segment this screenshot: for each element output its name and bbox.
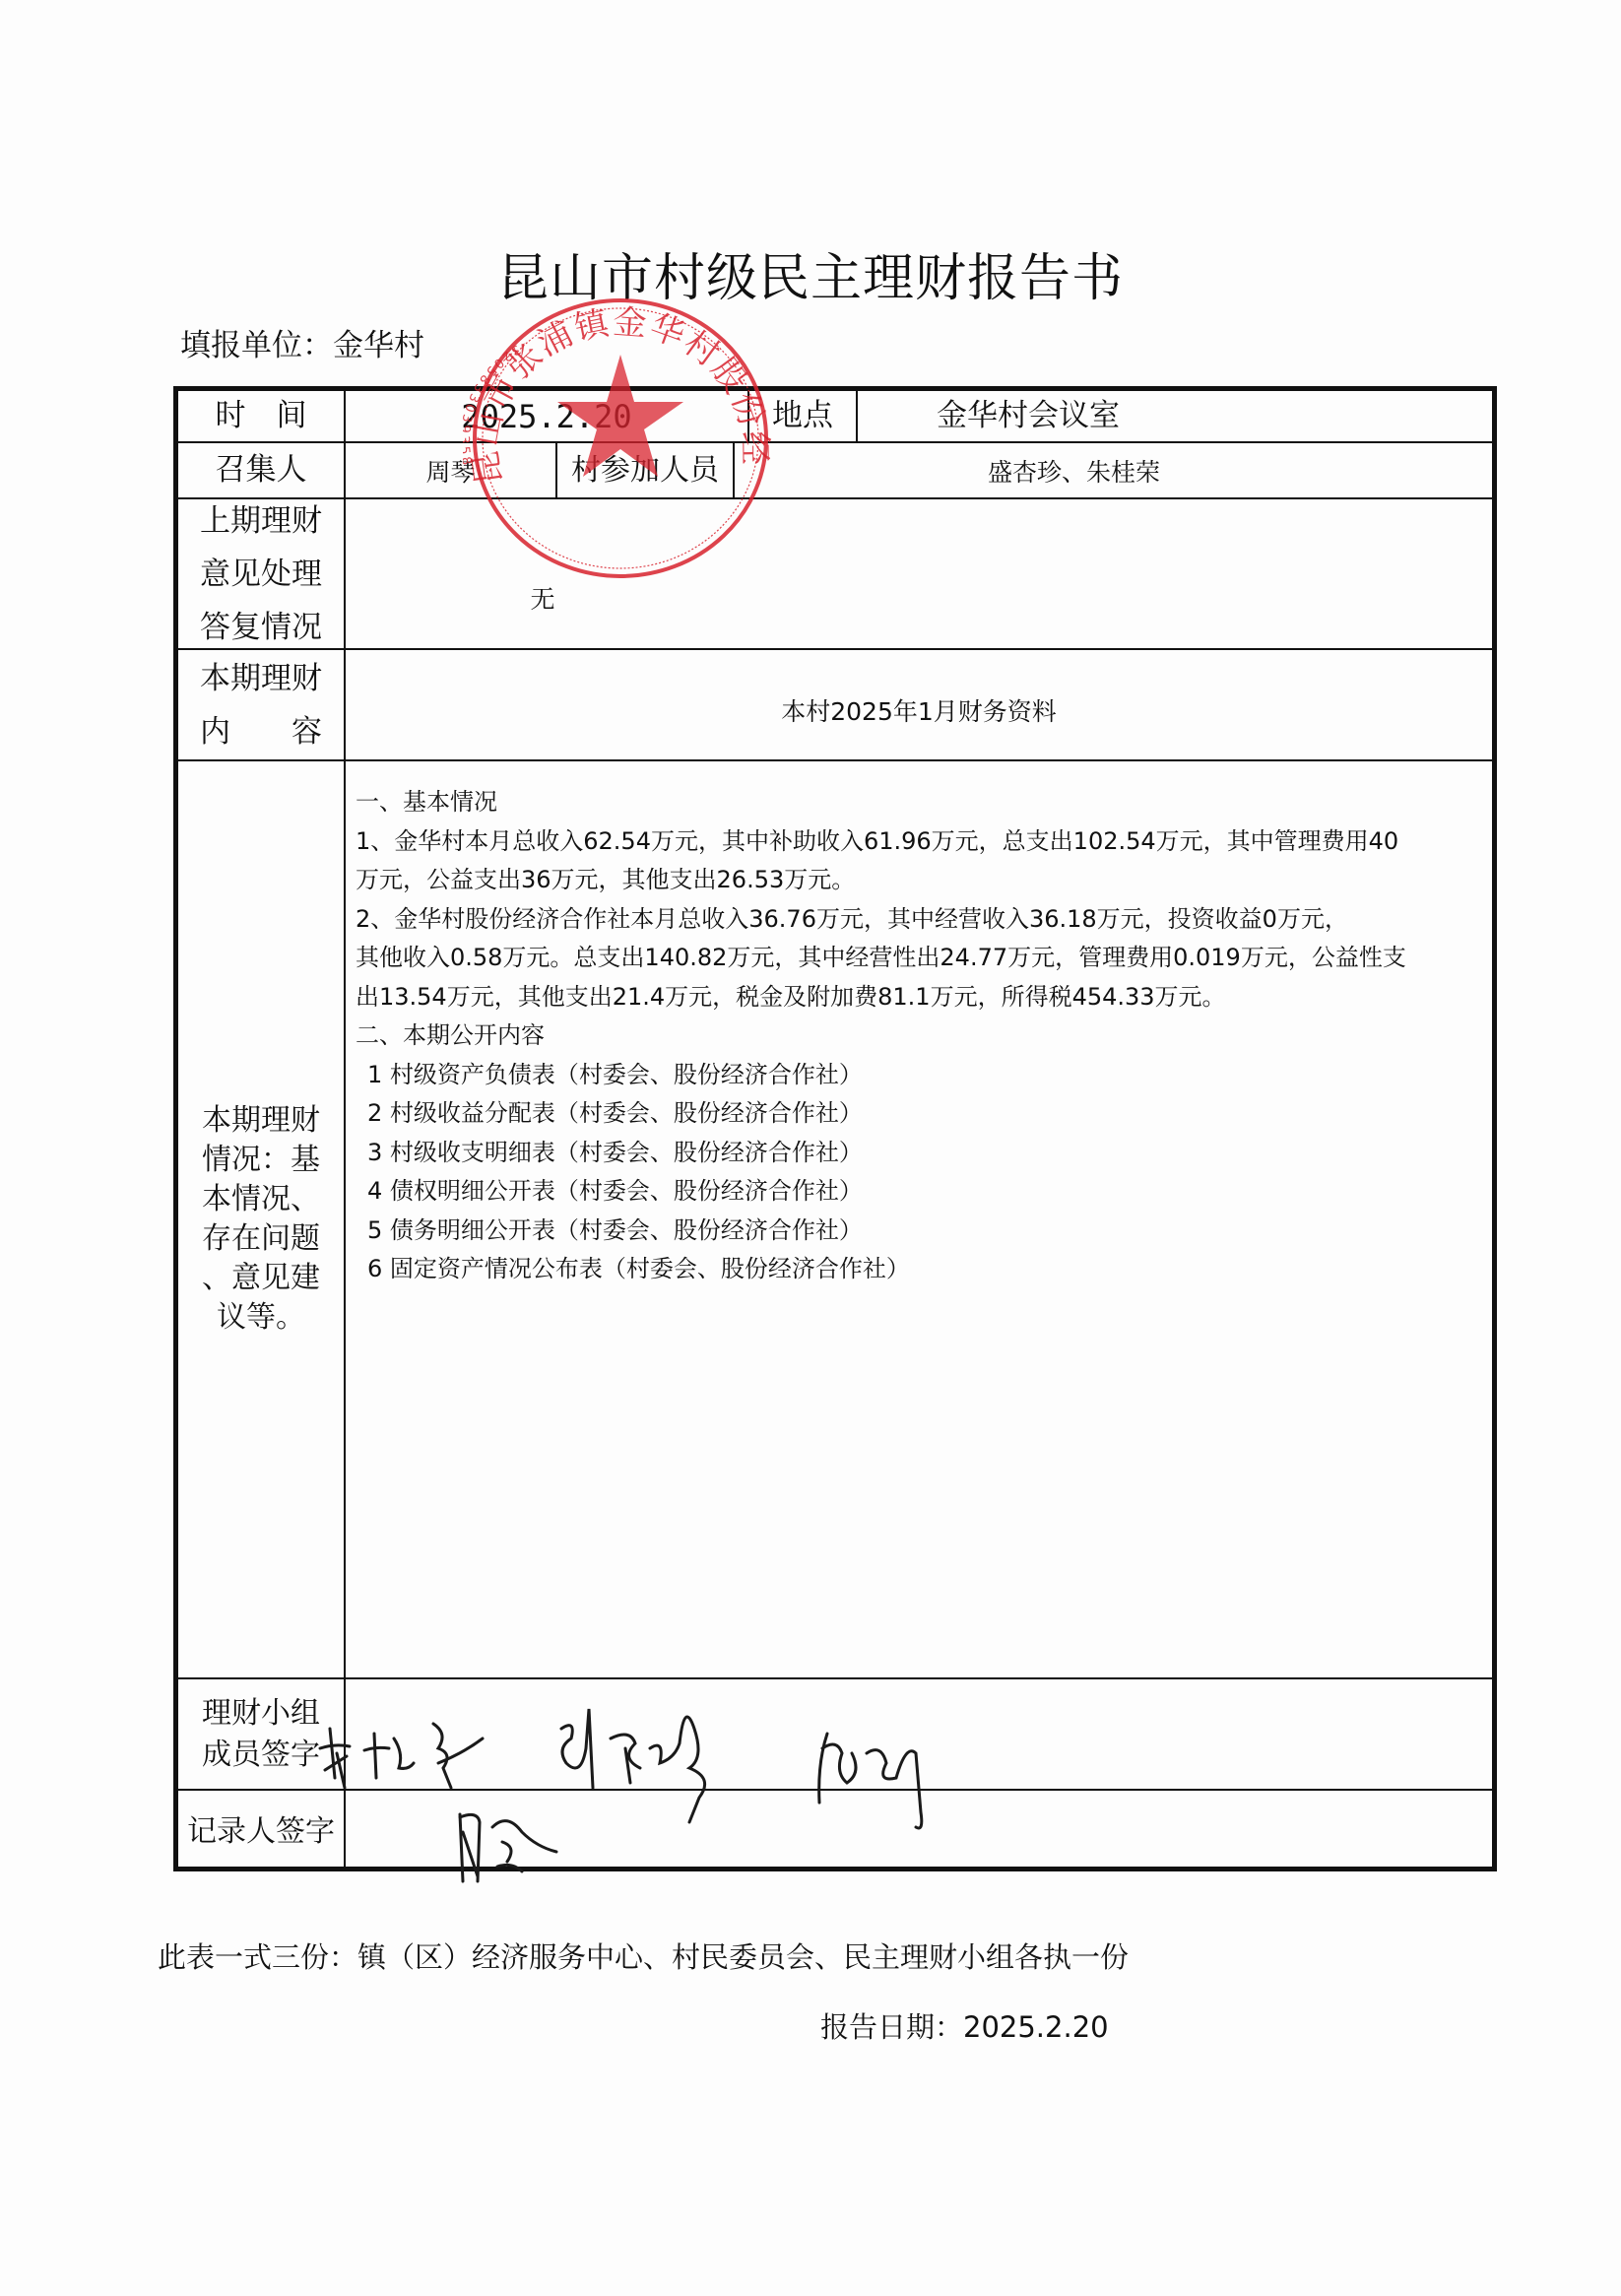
row-recorder-signature: 记录人签字: [178, 1791, 1492, 1871]
row-member-signatures: 理财小组 成员签字: [178, 1679, 1492, 1791]
paragraph-line: 其他收入0.58万元。总支出140.82万元，其中经营性出24.77万元，管理费…: [356, 939, 1492, 978]
copies-note: 此表一式三份：镇（区）经济服务中心、村民委员会、民主理财小组各执一份: [158, 1935, 1129, 1976]
row-current-situation: 本期理财 情况：基 本情况、 存在问题 、意见建 议等。 一、基本情况 1、金华…: [178, 761, 1492, 1679]
member-signatures-label-line: 理财小组: [202, 1693, 320, 1735]
paragraph-line: 出13.54万元，其他支出21.4万元，税金及附加费81.1万元，所得税454.…: [356, 978, 1492, 1017]
previous-feedback-label: 上期理财 意见处理 答复情况: [178, 499, 346, 648]
reporting-unit: 填报单位：金华村: [180, 320, 424, 364]
participants-label: 村参加人员: [557, 443, 735, 497]
current-situation-content: 一、基本情况 1、金华村本月总收入62.54万元，其中补助收入61.96万元，总…: [346, 761, 1492, 1677]
situation-label-line: 本期理财: [202, 1101, 320, 1141]
convener-label: 召集人: [178, 443, 346, 497]
disclosure-item: 5 债务明细公开表（村委会、股份经济合作社）: [356, 1212, 1492, 1251]
current-content-value: 本村2025年1月财务资料: [346, 650, 1492, 759]
paragraph-line: 2、金华村股份经济合作社本月总收入36.76万元，其中经营收入36.18万元，投…: [356, 900, 1492, 940]
previous-feedback-value: 无: [346, 499, 740, 648]
location-label: 地点: [749, 391, 858, 441]
row-previous-feedback: 上期理财 意见处理 答复情况 无: [178, 499, 1492, 650]
current-content-label-line: 本期理财: [200, 652, 322, 705]
previous-feedback-label-line: 答复情况: [200, 601, 322, 654]
current-content-label-line: 内 容: [200, 705, 322, 758]
situation-label-line: 情况：基: [202, 1141, 320, 1180]
previous-feedback-text: 无: [530, 580, 554, 616]
row-current-content: 本期理财 内 容 本村2025年1月财务资料: [178, 650, 1492, 761]
paragraph-line: 万元，公益支出36万元，其他支出26.53万元。: [356, 861, 1492, 900]
section-heading: 二、本期公开内容: [356, 1017, 1492, 1056]
row-time: 时 间 2025.2.20 地点 金华村会议室: [178, 391, 1492, 443]
current-situation-label: 本期理财 情况：基 本情况、 存在问题 、意见建 议等。: [178, 761, 346, 1677]
situation-label-line: 、意见建: [202, 1259, 320, 1298]
participants-value: 盛杏珍、朱桂荣: [735, 443, 1492, 497]
location-value: 金华村会议室: [858, 391, 1492, 441]
paragraph-line: 1、金华村本月总收入62.54万元，其中补助收入61.96万元，总支出102.5…: [356, 822, 1492, 862]
disclosure-item: 1 村级资产负债表（村委会、股份经济合作社）: [356, 1056, 1492, 1095]
disclosure-item: 3 村级收支明细表（村委会、股份经济合作社）: [356, 1134, 1492, 1173]
time-value: 2025.2.20: [346, 391, 749, 441]
member-signatures-label-line: 成员签字: [202, 1735, 320, 1776]
row-convener: 召集人 周琴 村参加人员 盛杏珍、朱桂荣: [178, 443, 1492, 499]
disclosure-item: 6 固定资产情况公布表（村委会、股份经济合作社）: [356, 1250, 1492, 1289]
situation-label-line: 存在问题: [202, 1219, 320, 1259]
member-signatures-label: 理财小组 成员签字: [178, 1679, 346, 1789]
current-content-label: 本期理财 内 容: [178, 650, 346, 759]
situation-label-line: 议等。: [217, 1298, 305, 1338]
disclosure-item: 4 债权明细公开表（村委会、股份经济合作社）: [356, 1172, 1492, 1212]
convener-value: 周琴: [346, 443, 557, 497]
report-date: 报告日期：2025.2.20: [820, 2005, 1109, 2046]
report-table: 时 间 2025.2.20 地点 金华村会议室 召集人 周琴 村参加人员 盛杏珍…: [173, 386, 1497, 1871]
situation-label-line: 本情况、: [202, 1180, 320, 1219]
recorder-signature-label: 记录人签字: [178, 1791, 346, 1871]
section-heading: 一、基本情况: [356, 783, 1492, 822]
document-title: 昆山市村级民主理财报告书: [0, 236, 1621, 310]
member-signatures-area: [346, 1679, 1492, 1789]
previous-feedback-label-line: 上期理财: [200, 494, 322, 548]
location-text: 金华村会议室: [937, 393, 1120, 439]
disclosure-item: 2 村级收益分配表（村委会、股份经济合作社）: [356, 1094, 1492, 1134]
previous-feedback-label-line: 意见处理: [200, 548, 322, 601]
time-label: 时 间: [178, 391, 346, 441]
situation-text: 一、基本情况 1、金华村本月总收入62.54万元，其中补助收入61.96万元，总…: [356, 783, 1492, 1289]
recorder-signature-area: [346, 1791, 1492, 1871]
